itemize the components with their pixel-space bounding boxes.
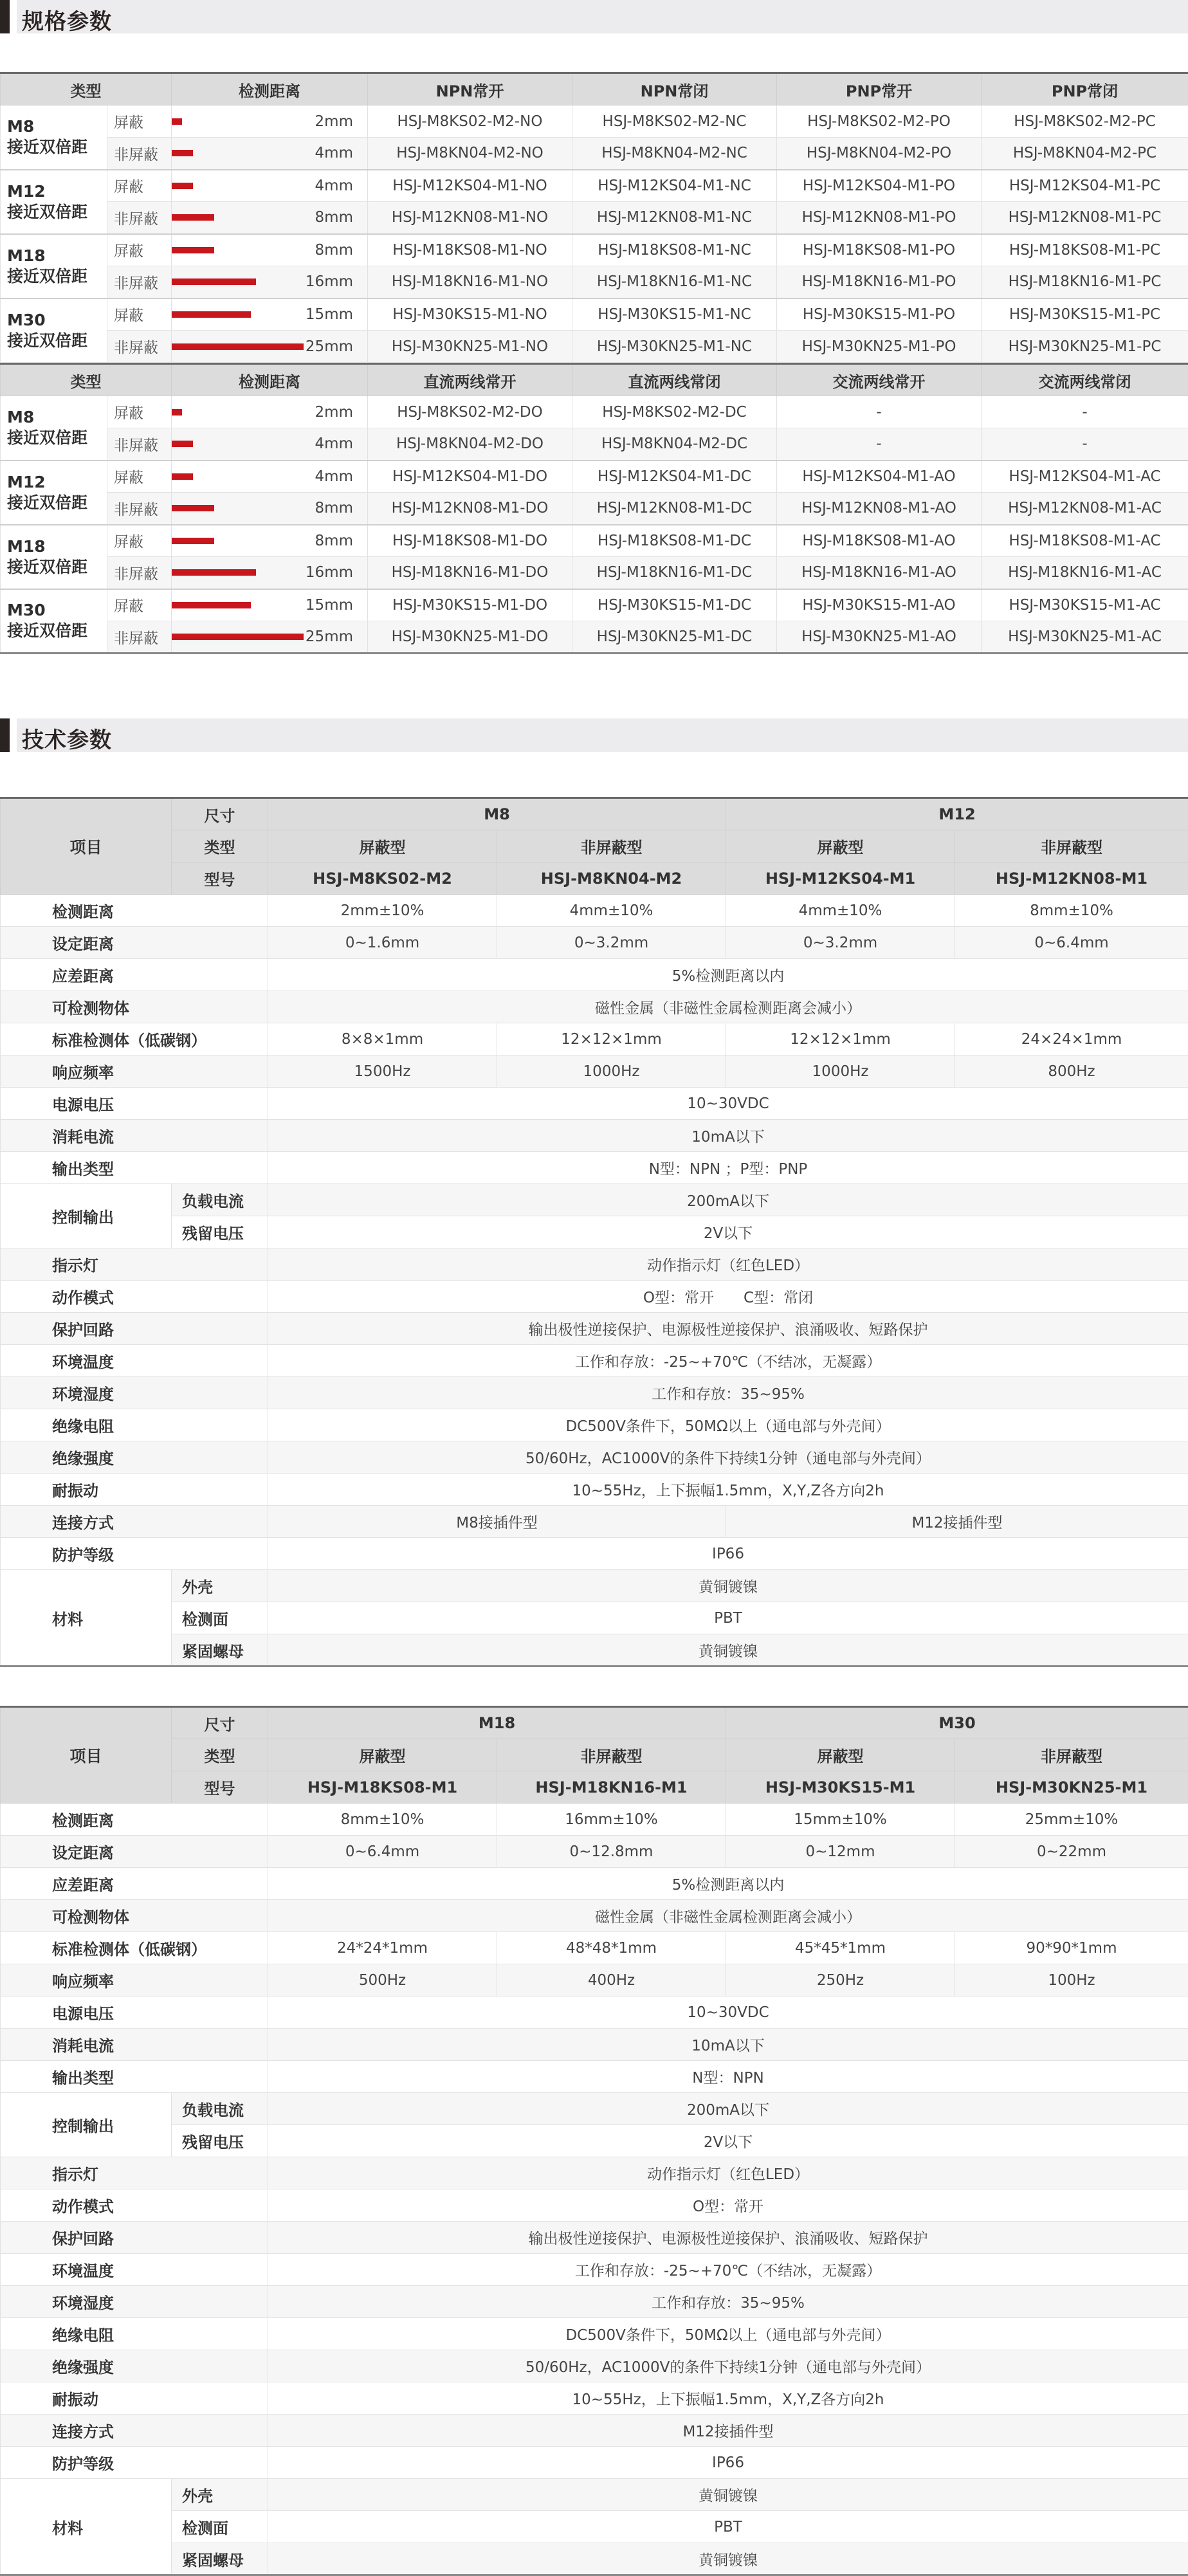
shield-type: 屏蔽: [107, 525, 172, 557]
param-value: 0~3.2mm: [726, 927, 955, 959]
distance-bar: [172, 569, 256, 576]
model-code: HSJ-M18KN16-M1-DC: [572, 557, 777, 589]
param-value: 1500Hz: [268, 1055, 497, 1088]
model-code: HSJ-M30KS15-M1-PC: [982, 298, 1188, 331]
sub-param-label: 检测面: [172, 1602, 268, 1634]
detect-distance-cell: 15mm: [172, 298, 368, 331]
shield-type: 非屏蔽: [107, 428, 172, 461]
model-code: HSJ-M8KN04-M2-NO: [368, 138, 572, 170]
size-group-label: M12接近双倍距: [1, 461, 107, 525]
type-value: 非屏蔽型: [497, 830, 726, 863]
param-value: 黄铜镀镍: [268, 2479, 1188, 2511]
row-output-type: 输出类型N型：NPN ；P型：PNP: [1, 1152, 1188, 1184]
model-code: HSJ-M12KS04-M1-PC: [982, 170, 1188, 202]
row-output-type: 输出类型N型：NPN: [1, 2061, 1188, 2093]
row-indicator: 指示灯动作指示灯（红色LED）: [1, 1248, 1188, 1281]
col-dc-no: 直流两线常开: [368, 364, 572, 396]
param-value: 2V以下: [268, 2125, 1188, 2157]
param-value: 1000Hz: [726, 1055, 955, 1088]
shield-type: 非屏蔽: [107, 266, 172, 298]
distance-bar: [172, 214, 214, 221]
model-code: HSJ-M12KN08-M1-DC: [572, 493, 777, 525]
param-value: 100Hz: [955, 1964, 1188, 1996]
model-code: HSJ-M18KN16-M1-AC: [982, 557, 1188, 589]
item-header: 项目: [1, 798, 172, 895]
model-code: HSJ-M18KS08-M1-PC: [982, 234, 1188, 266]
param-value: 45*45*1mm: [726, 1932, 955, 1964]
size-label: M12: [7, 472, 107, 493]
param-value: 250Hz: [726, 1964, 955, 1996]
param-value: 24×24×1mm: [955, 1023, 1188, 1055]
size-group-label: M30接近双倍距: [1, 298, 107, 363]
model-code: HSJ-M8KS02-M2-NO: [368, 105, 572, 138]
model-code: HSJ-M30KN25-M1-DC: [572, 621, 777, 653]
param-value: O型：常开: [268, 2189, 1188, 2222]
distance-bar: [172, 505, 214, 511]
size-label: M8: [7, 116, 107, 137]
param-value: 400Hz: [497, 1964, 726, 1996]
sub-param-label: 残留电压: [172, 1216, 268, 1248]
param-value: 5%检测距离以内: [268, 959, 1188, 991]
spec-row: 非屏蔽4mmHSJ-M8KN04-M2-NOHSJ-M8KN04-M2-NCHS…: [1, 138, 1188, 170]
col-ac-nc: 交流两线常闭: [982, 364, 1188, 396]
shield-type: 非屏蔽: [107, 557, 172, 589]
model-code: -: [982, 428, 1188, 461]
section-band: [17, 0, 1188, 33]
param-label: 应差距离: [1, 959, 268, 991]
row-material-housing: 材料外壳黄铜镀镍: [1, 2479, 1188, 2511]
param-label: 绝缘强度: [1, 2350, 268, 2382]
distance-value: 8mm: [315, 209, 353, 226]
size-value: M30: [726, 1707, 1188, 1739]
sub-param-label: 残留电压: [172, 2125, 268, 2157]
spec-row: M12接近双倍距屏蔽4mmHSJ-M12KS04-M1-DOHSJ-M12KS0…: [1, 461, 1188, 493]
size-group-label: M8接近双倍距: [1, 105, 107, 170]
detect-distance-cell: 8mm: [172, 493, 368, 525]
section-marker: [0, 718, 10, 752]
type-header: 类型: [172, 830, 268, 863]
detect-distance-cell: 4mm: [172, 170, 368, 202]
distance-value: 16mm: [306, 273, 353, 290]
shield-type: 非屏蔽: [107, 202, 172, 234]
param-value: 工作和存放：35~95%: [268, 1377, 1188, 1409]
model-code: HSJ-M8KN04-M2-DC: [572, 428, 777, 461]
header-type-row: 类型屏蔽型非屏蔽型屏蔽型非屏蔽型: [1, 830, 1188, 863]
model-code: HSJ-M30KS15-M1-NO: [368, 298, 572, 331]
param-label: 电源电压: [1, 1088, 268, 1120]
row-material-nut: 紧固螺母黄铜镀镍: [1, 2543, 1188, 2575]
spec-row: 非屏蔽16mmHSJ-M18KN16-M1-DOHSJ-M18KN16-M1-D…: [1, 557, 1188, 589]
row-vibration: 耐振动10~55Hz，上下振幅1.5mm，X,Y,Z各方向2h: [1, 2382, 1188, 2415]
param-label: 控制输出: [1, 1184, 172, 1248]
param-label: 输出类型: [1, 1152, 268, 1184]
row-residual-voltage: 残留电压2V以下: [1, 1216, 1188, 1248]
detect-distance-cell: 16mm: [172, 557, 368, 589]
row-operation-mode: 动作模式O型：常开: [1, 2189, 1188, 2222]
param-value: 工作和存放：35~95%: [268, 2286, 1188, 2318]
detect-distance-cell: 8mm: [172, 234, 368, 266]
model-code: HSJ-M18KN16-M1-PC: [982, 266, 1188, 298]
param-value: 10~55Hz，上下振幅1.5mm，X,Y,Z各方向2h: [268, 1474, 1188, 1506]
spec-row: M12接近双倍距屏蔽4mmHSJ-M12KS04-M1-NOHSJ-M12KS0…: [1, 170, 1188, 202]
section-marker: [0, 0, 10, 33]
param-value: M12接插件型: [268, 2415, 1188, 2447]
detect-distance-cell: 15mm: [172, 589, 368, 621]
model-code: HSJ-M30KS15-M1-AC: [982, 589, 1188, 621]
param-label: 绝缘强度: [1, 1441, 268, 1474]
param-value: 48*48*1mm: [497, 1932, 726, 1964]
param-value: 12×12×1mm: [497, 1023, 726, 1055]
param-label: 环境温度: [1, 1345, 268, 1377]
distance-bar: [172, 279, 256, 285]
double-distance-label: 接近双倍距: [7, 557, 107, 578]
param-value: 500Hz: [268, 1964, 497, 1996]
param-value: 工作和存放：-25~+70℃（不结冰，无凝露）: [268, 2254, 1188, 2286]
row-dielectric-strength: 绝缘强度50/60Hz，AC1000V的条件下持续1分钟（通电部与外壳间）: [1, 1441, 1188, 1474]
row-response-frequency: 响应频率500Hz400Hz250Hz100Hz: [1, 1964, 1188, 1996]
distance-bar: [172, 247, 214, 253]
param-label: 耐振动: [1, 1474, 268, 1506]
double-distance-label: 接近双倍距: [7, 621, 107, 641]
param-value: 200mA以下: [268, 2093, 1188, 2125]
model-code: HSJ-M30KN25-M1-NC: [572, 331, 777, 363]
spec-row: 非屏蔽25mmHSJ-M30KN25-M1-NOHSJ-M30KN25-M1-N…: [1, 331, 1188, 363]
double-distance-label: 接近双倍距: [7, 331, 107, 351]
shield-type: 非屏蔽: [107, 493, 172, 525]
distance-value: 4mm: [315, 178, 353, 194]
param-value: 4mm±10%: [726, 895, 955, 927]
distance-bar: [172, 602, 251, 608]
detect-distance-cell: 25mm: [172, 621, 368, 653]
row-connection: 连接方式M8接插件型M12接插件型: [1, 1506, 1188, 1538]
item-header: 项目: [1, 1707, 172, 1804]
model-header: 型号: [172, 1771, 268, 1804]
row-vibration: 耐振动10~55Hz，上下振幅1.5mm，X,Y,Z各方向2h: [1, 1474, 1188, 1506]
param-value: 0~12mm: [726, 1836, 955, 1868]
model-code: HSJ-M12KN08-M1-PO: [777, 202, 982, 234]
row-insulation-resistance: 绝缘电阻DC500V条件下，50MΩ以上（通电部与外壳间）: [1, 2318, 1188, 2350]
col-ac-no: 交流两线常开: [777, 364, 982, 396]
spec-row: 非屏蔽4mmHSJ-M8KN04-M2-DOHSJ-M8KN04-M2-DC--: [1, 428, 1188, 461]
model-code: HSJ-M18KS08-M1-DO: [368, 525, 572, 557]
detect-distance-cell: 8mm: [172, 202, 368, 234]
param-value: 0~12.8mm: [497, 1836, 726, 1868]
size-label: M8: [7, 407, 107, 428]
row-material-nut: 紧固螺母黄铜镀镍: [1, 1634, 1188, 1667]
row-detect-distance: 检测距离8mm±10%16mm±10%15mm±10%25mm±10%: [1, 1804, 1188, 1836]
shield-type: 非屏蔽: [107, 138, 172, 170]
model-code: HSJ-M12KN08-M1-PC: [982, 202, 1188, 234]
size-header: 尺寸: [172, 798, 268, 830]
row-protection-rating: 防护等级IP66: [1, 1538, 1188, 1570]
model-code: HSJ-M12KS04-M1-NC: [572, 170, 777, 202]
row-standard-object: 标准检测体（低碳钢）24*24*1mm48*48*1mm45*45*1mm90*…: [1, 1932, 1188, 1964]
param-value: 0~3.2mm: [497, 927, 726, 959]
row-ambient-humidity: 环境湿度工作和存放：35~95%: [1, 1377, 1188, 1409]
row-dielectric-strength: 绝缘强度50/60Hz，AC1000V的条件下持续1分钟（通电部与外壳间）: [1, 2350, 1188, 2382]
spec-table-2: 类型 检测距离 直流两线常开 直流两线常闭 交流两线常开 交流两线常闭 M8接近…: [0, 363, 1188, 654]
model-code: HSJ-M8KN04-M2-DO: [368, 428, 572, 461]
spec-header-row: 类型 检测距离 直流两线常开 直流两线常闭 交流两线常开 交流两线常闭: [1, 364, 1188, 396]
distance-value: 15mm: [306, 306, 353, 323]
model-code: HSJ-M30KN25-M1-PO: [777, 331, 982, 363]
sub-param-label: 紧固螺母: [172, 2543, 268, 2575]
size-header: 尺寸: [172, 1707, 268, 1739]
distance-bar: [172, 538, 214, 544]
row-standard-object: 标准检测体（低碳钢）8×8×1mm12×12×1mm12×12×1mm24×24…: [1, 1023, 1188, 1055]
spec-row: M8接近双倍距屏蔽2mmHSJ-M8KS02-M2-NOHSJ-M8KS02-M…: [1, 105, 1188, 138]
row-hysteresis: 应差距离5%检测距离以内: [1, 1868, 1188, 1900]
param-value: M12接插件型: [726, 1506, 1188, 1538]
type-header: 类型: [172, 1739, 268, 1771]
distance-value: 15mm: [306, 597, 353, 614]
param-label: 保护回路: [1, 2222, 268, 2254]
model-code: HSJ-M30KS15-M1-NC: [572, 298, 777, 331]
row-detectable-object: 可检测物体磁性金属（非磁性金属检测距离会减小）: [1, 991, 1188, 1023]
shield-type: 屏蔽: [107, 298, 172, 331]
detect-distance-cell: 2mm: [172, 105, 368, 138]
param-label: 防护等级: [1, 2447, 268, 2479]
shield-type: 屏蔽: [107, 461, 172, 493]
param-label: 控制输出: [1, 2093, 172, 2157]
param-label: 绝缘电阻: [1, 2318, 268, 2350]
model-value: HSJ-M8KS02-M2: [268, 863, 497, 895]
sub-param-label: 外壳: [172, 2479, 268, 2511]
spec-row: 非屏蔽8mmHSJ-M12KN08-M1-DOHSJ-M12KN08-M1-DC…: [1, 493, 1188, 525]
double-distance-label: 接近双倍距: [7, 493, 107, 513]
param-label: 材料: [1, 2479, 172, 2575]
model-code: HSJ-M8KS02-M2-DO: [368, 396, 572, 428]
param-value: N型：NPN: [268, 2061, 1188, 2093]
param-value: PBT: [268, 2511, 1188, 2543]
sub-param-label: 紧固螺母: [172, 1634, 268, 1667]
distance-value: 8mm: [315, 242, 353, 259]
model-code: -: [777, 396, 982, 428]
section-title: 技术参数: [22, 722, 112, 754]
distance-bar: [172, 634, 304, 640]
param-label: 消耗电流: [1, 2029, 268, 2061]
col-pnp-nc: PNP常闭: [982, 73, 1188, 105]
model-code: HSJ-M18KS08-M1-NO: [368, 234, 572, 266]
sub-param-label: 负载电流: [172, 1184, 268, 1216]
param-value: 800Hz: [955, 1055, 1188, 1088]
param-label: 材料: [1, 1570, 172, 1667]
col-distance: 检测距离: [172, 364, 368, 396]
param-label: 环境温度: [1, 2254, 268, 2286]
distance-bar: [172, 150, 193, 156]
model-code: HSJ-M18KS08-M1-DC: [572, 525, 777, 557]
model-code: HSJ-M18KS08-M1-PO: [777, 234, 982, 266]
param-value: 动作指示灯（红色LED）: [268, 2157, 1188, 2189]
model-code: HSJ-M12KS04-M1-NO: [368, 170, 572, 202]
shield-type: 屏蔽: [107, 234, 172, 266]
param-value: 10~55Hz，上下振幅1.5mm，X,Y,Z各方向2h: [268, 2382, 1188, 2415]
row-protection-rating: 防护等级IP66: [1, 2447, 1188, 2479]
param-label: 耐振动: [1, 2382, 268, 2415]
param-value: O型：常开 C型：常闭: [268, 1281, 1188, 1313]
param-value: 90*90*1mm: [955, 1932, 1188, 1964]
model-code: HSJ-M12KN08-M1-AO: [777, 493, 982, 525]
param-value: IP66: [268, 2447, 1188, 2479]
param-value: 输出极性逆接保护、电源极性逆接保护、浪涌吸收、短路保护: [268, 2222, 1188, 2254]
distance-value: 25mm: [306, 338, 353, 355]
section-band: [17, 718, 1188, 752]
distance-value: 2mm: [315, 113, 353, 130]
model-code: HSJ-M18KS08-M1-NC: [572, 234, 777, 266]
distance-value: 25mm: [306, 628, 353, 645]
detect-distance-cell: 4mm: [172, 138, 368, 170]
detect-distance-cell: 2mm: [172, 396, 368, 428]
model-value: HSJ-M30KN25-M1: [955, 1771, 1188, 1804]
param-value: N型：NPN ；P型：PNP: [268, 1152, 1188, 1184]
param-value: 10~30VDC: [268, 1996, 1188, 2029]
param-label: 绝缘电阻: [1, 1409, 268, 1441]
detect-distance-cell: 25mm: [172, 331, 368, 363]
detect-distance-cell: 4mm: [172, 428, 368, 461]
type-value: 屏蔽型: [726, 1739, 955, 1771]
param-value: 50/60Hz，AC1000V的条件下持续1分钟（通电部与外壳间）: [268, 1441, 1188, 1474]
shield-type: 屏蔽: [107, 105, 172, 138]
row-material-housing: 材料外壳黄铜镀镍: [1, 1570, 1188, 1602]
col-npn-no: NPN常开: [368, 73, 572, 105]
param-value: 黄铜镀镍: [268, 2543, 1188, 2575]
row-current-consumption: 消耗电流10mA以下: [1, 2029, 1188, 2061]
param-value: 工作和存放：-25~+70℃（不结冰，无凝露）: [268, 1345, 1188, 1377]
model-code: HSJ-M30KN25-M1-NO: [368, 331, 572, 363]
shield-type: 屏蔽: [107, 170, 172, 202]
size-label: M12: [7, 181, 107, 202]
param-value: 磁性金属（非磁性金属检测距离会减小）: [268, 1900, 1188, 1932]
row-connection: 连接方式M12接插件型: [1, 2415, 1188, 2447]
distance-bar: [172, 473, 193, 480]
header-type-row: 类型屏蔽型非屏蔽型屏蔽型非屏蔽型: [1, 1739, 1188, 1771]
section-title: 规格参数: [22, 4, 112, 35]
model-code: HSJ-M12KN08-M1-NC: [572, 202, 777, 234]
param-label: 响应频率: [1, 1964, 268, 1996]
model-code: HSJ-M12KS04-M1-AC: [982, 461, 1188, 493]
detect-distance-cell: 8mm: [172, 525, 368, 557]
model-code: HSJ-M18KN16-M1-NC: [572, 266, 777, 298]
param-value: 黄铜镀镍: [268, 1570, 1188, 1602]
size-value: M8: [268, 798, 726, 830]
col-type: 类型: [1, 364, 172, 396]
param-label: 保护回路: [1, 1313, 268, 1345]
param-value: 输出极性逆接保护、电源极性逆接保护、浪涌吸收、短路保护: [268, 1313, 1188, 1345]
param-value: PBT: [268, 1602, 1188, 1634]
double-distance-label: 接近双倍距: [7, 428, 107, 448]
param-value: 8mm±10%: [268, 1804, 497, 1836]
model-code: HSJ-M30KN25-M1-AC: [982, 621, 1188, 653]
spec-table-1: 类型 检测距离 NPN常开 NPN常闭 PNP常开 PNP常闭 M8接近双倍距屏…: [0, 72, 1188, 363]
sub-param-label: 检测面: [172, 2511, 268, 2543]
model-header: 型号: [172, 863, 268, 895]
param-label: 设定距离: [1, 927, 268, 959]
row-protection-circuit: 保护回路输出极性逆接保护、电源极性逆接保护、浪涌吸收、短路保护: [1, 1313, 1188, 1345]
param-value: 50/60Hz，AC1000V的条件下持续1分钟（通电部与外壳间）: [268, 2350, 1188, 2382]
sub-param-label: 外壳: [172, 1570, 268, 1602]
model-code: HSJ-M12KS04-M1-AO: [777, 461, 982, 493]
model-code: HSJ-M30KS15-M1-AO: [777, 589, 982, 621]
param-value: 15mm±10%: [726, 1804, 955, 1836]
param-label: 动作模式: [1, 1281, 268, 1313]
header-size-row: 项目尺寸M8M12: [1, 798, 1188, 830]
model-code: HSJ-M18KN16-M1-AO: [777, 557, 982, 589]
header-size-row: 项目尺寸M18M30: [1, 1707, 1188, 1739]
distance-value: 4mm: [315, 468, 353, 485]
header-model-row: 型号HSJ-M8KS02-M2HSJ-M8KN04-M2HSJ-M12KS04-…: [1, 863, 1188, 895]
model-code: HSJ-M12KN08-M1-NO: [368, 202, 572, 234]
distance-value: 8mm: [315, 500, 353, 516]
param-label: 检测距离: [1, 895, 268, 927]
param-label: 标准检测体（低碳钢）: [1, 1023, 268, 1055]
row-response-frequency: 响应频率1500Hz1000Hz1000Hz800Hz: [1, 1055, 1188, 1088]
param-value: 5%检测距离以内: [268, 1868, 1188, 1900]
model-code: HSJ-M12KS04-M1-DC: [572, 461, 777, 493]
double-distance-label: 接近双倍距: [7, 202, 107, 223]
distance-bar: [172, 118, 182, 125]
row-load-current: 控制输出负载电流200mA以下: [1, 2093, 1188, 2125]
row-ambient-temperature: 环境温度工作和存放：-25~+70℃（不结冰，无凝露）: [1, 2254, 1188, 2286]
model-value: HSJ-M30KS15-M1: [726, 1771, 955, 1804]
size-group-label: M18接近双倍距: [1, 234, 107, 298]
row-protection-circuit: 保护回路输出极性逆接保护、电源极性逆接保护、浪涌吸收、短路保护: [1, 2222, 1188, 2254]
type-value: 非屏蔽型: [955, 830, 1188, 863]
shield-type: 屏蔽: [107, 396, 172, 428]
col-pnp-no: PNP常开: [777, 73, 982, 105]
param-value: 动作指示灯（红色LED）: [268, 1248, 1188, 1281]
distance-bar: [172, 183, 193, 189]
model-value: HSJ-M12KN08-M1: [955, 863, 1188, 895]
row-set-distance: 设定距离0~6.4mm0~12.8mm0~12mm0~22mm: [1, 1836, 1188, 1868]
param-value: DC500V条件下，50MΩ以上（通电部与外壳间）: [268, 2318, 1188, 2350]
row-load-current: 控制输出负载电流200mA以下: [1, 1184, 1188, 1216]
param-value: 黄铜镀镍: [268, 1634, 1188, 1667]
size-value: M18: [268, 1707, 726, 1739]
row-material-sensing-face: 检测面PBT: [1, 1602, 1188, 1634]
model-code: HSJ-M18KN16-M1-NO: [368, 266, 572, 298]
row-detect-distance: 检测距离2mm±10%4mm±10%4mm±10%8mm±10%: [1, 895, 1188, 927]
param-label: 动作模式: [1, 2189, 268, 2222]
model-code: HSJ-M8KS02-M2-PO: [777, 105, 982, 138]
param-label: 输出类型: [1, 2061, 268, 2093]
param-label: 消耗电流: [1, 1120, 268, 1152]
model-code: HSJ-M30KS15-M1-PO: [777, 298, 982, 331]
size-group-label: M18接近双倍距: [1, 525, 107, 589]
param-value: DC500V条件下，50MΩ以上（通电部与外壳间）: [268, 1409, 1188, 1441]
model-value: HSJ-M18KS08-M1: [268, 1771, 497, 1804]
row-indicator: 指示灯动作指示灯（红色LED）: [1, 2157, 1188, 2189]
tech-section-header: 技术参数: [0, 718, 1188, 752]
model-code: HSJ-M18KS08-M1-AO: [777, 525, 982, 557]
param-label: 可检测物体: [1, 1900, 268, 1932]
row-set-distance: 设定距离0~1.6mm0~3.2mm0~3.2mm0~6.4mm: [1, 927, 1188, 959]
distance-bar: [172, 441, 193, 447]
model-value: HSJ-M18KN16-M1: [497, 1771, 726, 1804]
model-code: HSJ-M12KN08-M1-DO: [368, 493, 572, 525]
param-value: IP66: [268, 1538, 1188, 1570]
param-value: 24*24*1mm: [268, 1932, 497, 1964]
col-type: 类型: [1, 73, 172, 105]
spec-row: M30接近双倍距屏蔽15mmHSJ-M30KS15-M1-DOHSJ-M30KS…: [1, 589, 1188, 621]
param-value: 12×12×1mm: [726, 1023, 955, 1055]
param-label: 环境湿度: [1, 1377, 268, 1409]
tech-table-1: 项目尺寸M8M12类型屏蔽型非屏蔽型屏蔽型非屏蔽型型号HSJ-M8KS02-M2…: [0, 797, 1188, 1667]
shield-type: 非屏蔽: [107, 621, 172, 653]
param-value: 磁性金属（非磁性金属检测距离会减小）: [268, 991, 1188, 1023]
type-value: 非屏蔽型: [955, 1739, 1188, 1771]
row-hysteresis: 应差距离5%检测距离以内: [1, 959, 1188, 991]
size-group-label: M30接近双倍距: [1, 589, 107, 653]
